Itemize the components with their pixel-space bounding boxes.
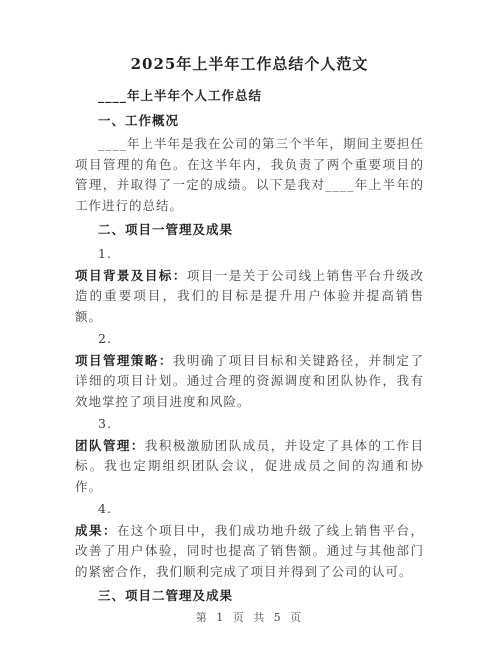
paragraph-overview: ____年上半年是我在公司的第三个半年，期间主要担任项目管理的角色。在这半年内，… [75,134,424,216]
paragraph-label: 成果： [75,523,117,538]
paragraph-results: 成果：在这个项目中，我们成功地升级了线上销售平台，改善了用户体验，同时也提高了销… [75,521,424,583]
paragraph-project-background: 项目背景及目标：项目一是关于公司线上销售平台升级改造的重要项目，我们的目标是提升… [75,266,424,328]
paragraph-management-strategy: 项目管理策略：我明确了项目目标和关键路径，并制定了详细的项目计划。通过合理的资源… [75,351,424,413]
paragraph-label: 项目背景及目标： [75,268,187,283]
list-number-2: 2. [75,329,424,350]
list-number-4: 4. [75,499,424,520]
paragraph-label: 项目管理策略： [75,353,173,368]
paragraph-text: 在这个项目中，我们成功地升级了线上销售平台，改善了用户体验，同时也提高了销售额。… [75,523,424,579]
document-page: 2025年上半年工作总结个人范文 ____年上半年个人工作总结 一、工作概况 _… [0,0,500,647]
paragraph-label: 团队管理： [75,438,145,453]
section-heading-1: 一、工作概况 [75,111,424,132]
section-heading-3: 三、项目二管理及成果 [75,586,424,607]
paragraph-team-management: 团队管理：我积极激励团队成员，并设定了具体的工作目标。我也定期组织团队会议，促进… [75,436,424,498]
doc-subtitle: ____年上半年个人工作总结 [75,86,424,107]
list-number-1: 1. [75,244,424,265]
page-footer: 第 1 页 共 5 页 [0,609,500,625]
section-heading-2: 二、项目一管理及成果 [75,220,424,241]
doc-title: 2025年上半年工作总结个人范文 [75,52,424,76]
list-number-3: 3. [75,414,424,435]
